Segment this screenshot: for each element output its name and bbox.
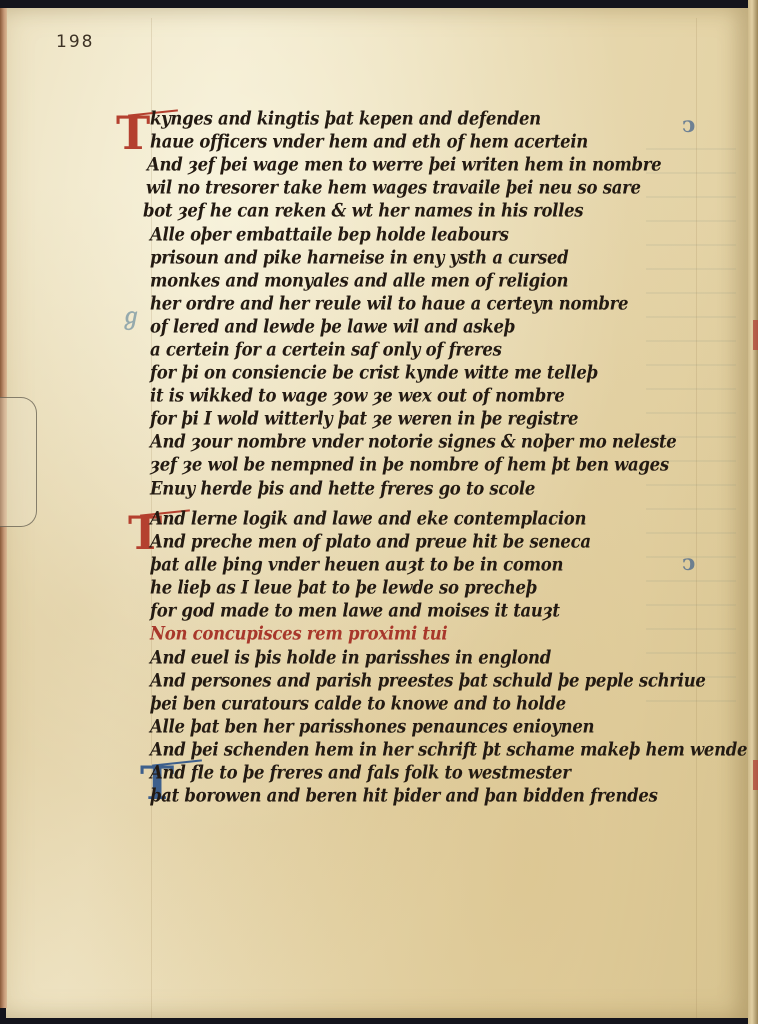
verse-line: for god made to men lawe and moises it t…: [150, 599, 560, 621]
verse-line: And euel is þis holde in parisshes in en…: [150, 646, 551, 668]
folio-number: 198: [56, 32, 94, 52]
verse-line: And ȝef þei wage men to werre þei writen…: [147, 153, 661, 175]
verse-line: þei ben curatours calde to knowe and to …: [150, 692, 566, 714]
verse-line: bot ȝef he can reken & wt her names in h…: [143, 199, 583, 221]
verse-line: monkes and monyales and alle men of reli…: [150, 269, 568, 291]
paragraph-mark-blue: ↄ: [682, 550, 695, 576]
verse-line: And preche men of plato and preue hit be…: [150, 530, 591, 552]
verse-line: it is wikked to wage ȝow ȝe wex out of n…: [150, 384, 565, 406]
verse-line: þat borowen and beren hit þider and þan …: [150, 784, 658, 806]
verse-line: for þi on consiencie be crist kynde witt…: [150, 361, 598, 383]
next-page-rubric-mark: [753, 760, 758, 790]
verse-line: And persones and parish preestes þat sch…: [150, 669, 706, 691]
verse-line: wil no tresorer take hem wages travaile …: [146, 176, 641, 198]
decorated-initial-red: T: [116, 110, 150, 156]
verse-line: a certein for a certein saf only of frer…: [150, 338, 502, 360]
next-page-edge: [748, 0, 758, 1024]
verse-line: And ȝour nombre vnder notorie signes & n…: [150, 430, 676, 452]
next-page-rubric-mark: [753, 320, 758, 350]
verse-line: he lieþ as I leue þat to þe lewde so pre…: [150, 576, 537, 598]
verse-line: of lered and lewde þe lawe wil and askeþ: [150, 315, 515, 337]
verse-line: Alle þat ben her parisshones penaunces e…: [150, 715, 594, 737]
verse-line: And þei schenden hem in her schrift þt s…: [150, 738, 747, 760]
verse-line: And lerne logik and lawe and eke contemp…: [150, 507, 586, 529]
paragraph-mark-blue: ↄ: [682, 112, 695, 138]
verse-line: Enuy herde þis and hette freres go to sc…: [150, 477, 535, 499]
show-through-text: [646, 148, 736, 708]
verse-line: Alle oþer embattaile bep holde leabours: [150, 223, 509, 245]
verse-line: ȝef ȝe wol be nempned in þe nombre of he…: [150, 453, 669, 475]
latin-rubric-line: Non concupisces rem proximi tui: [150, 622, 447, 644]
verse-line: for þi I wold witterly þat ȝe weren in þ…: [150, 407, 578, 429]
verse-line: her ordre and her reule wil to haue a ce…: [150, 292, 628, 314]
verse-line: And fle to þe freres and fals folk to we…: [150, 761, 571, 783]
verse-line: prisoun and pike harneise in eny ysth a …: [150, 246, 568, 268]
guide-letter: ℊ: [120, 300, 142, 331]
verse-line: haue officers vnder hem and eth of hem a…: [150, 130, 588, 152]
page-clip-tab: [0, 397, 37, 527]
verse-line: þat alle þing vnder heuen auȝt to be in …: [150, 553, 563, 575]
verse-line: kynges and kingtis þat kepen and defende…: [150, 107, 541, 129]
